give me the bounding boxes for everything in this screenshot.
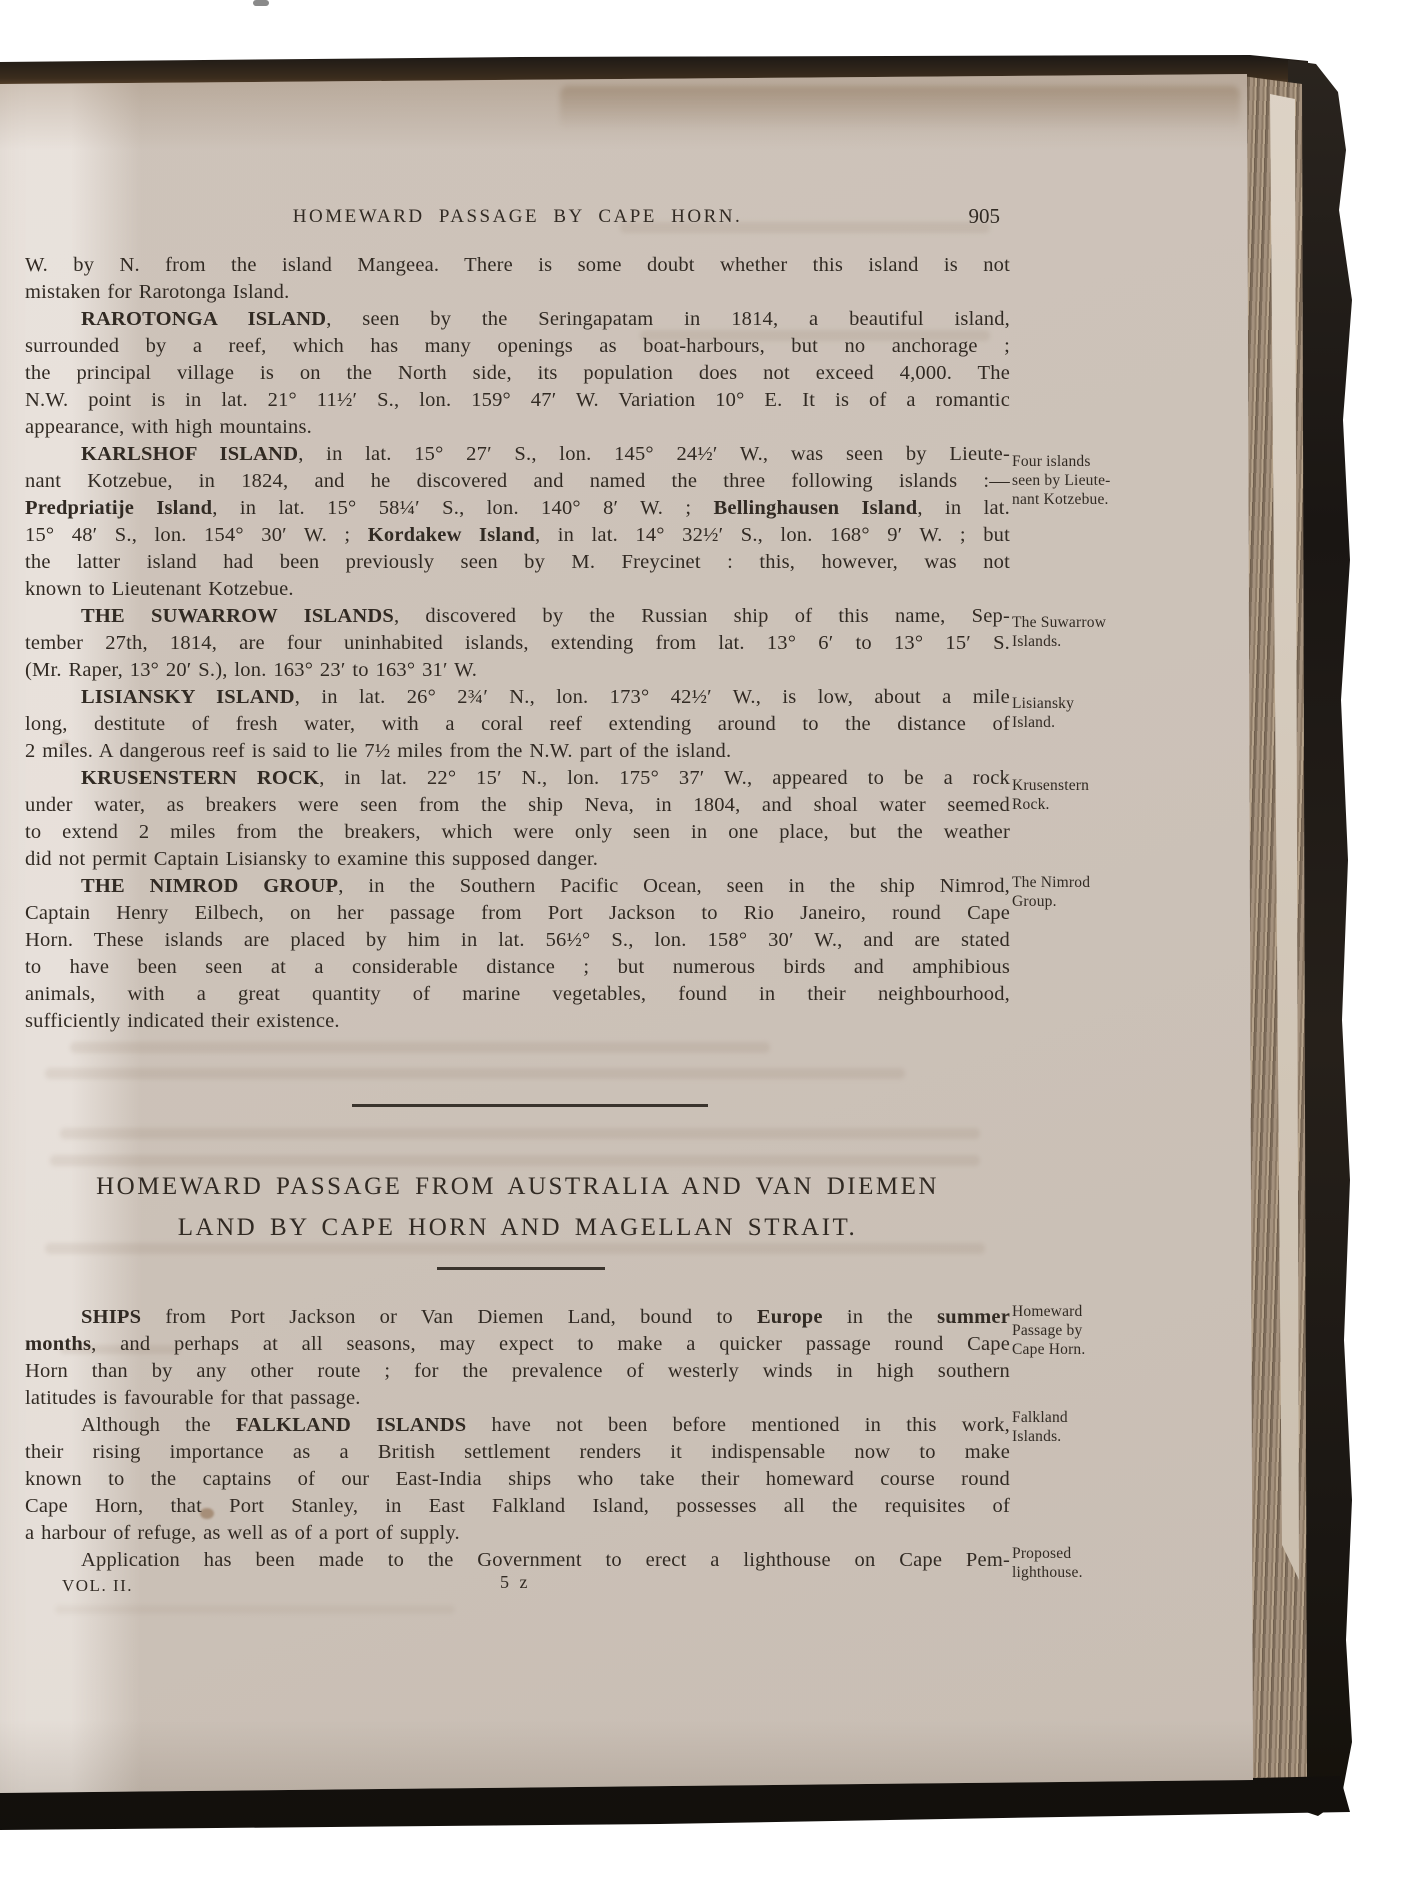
text-line: their rising importance as a British set… xyxy=(25,1439,1010,1466)
book-photo: HOMEWARD PASSAGE BY CAPE HORN. 905 W. by… xyxy=(0,0,1401,1890)
text-line: known to Lieutenant Kotzebue. xyxy=(25,576,1010,603)
section-divider-bottom xyxy=(437,1267,605,1270)
text-line: Predpriatije Island, in lat. 15° 58¼′ S.… xyxy=(25,495,1010,522)
text-line: Application has been made to the Governm… xyxy=(25,1547,1010,1574)
text-line: (Mr. Raper, 13° 20′ S.), lon. 163° 23′ t… xyxy=(25,657,1010,684)
text-line: did not permit Captain Lisiansky to exam… xyxy=(25,846,1010,873)
showthrough-smudge xyxy=(70,1042,770,1053)
section-heading-line2: LAND BY CAPE HORN AND MAGELLAN STRAIT. xyxy=(25,1207,1010,1248)
text-line: THE SUWARROW ISLANDS, discovered by the … xyxy=(25,603,1010,630)
section-divider-top xyxy=(352,1104,708,1107)
text-line: THE NIMROD GROUP, in the Southern Pacifi… xyxy=(25,873,1010,900)
text-line: sufficiently indicated their existence. xyxy=(25,1008,1010,1035)
text-line: Horn than by any other route ; for the p… xyxy=(25,1358,1010,1385)
text-line: appearance, with high mountains. xyxy=(25,414,1010,441)
text-line: long, destitute of fresh water, with a c… xyxy=(25,711,1010,738)
text-line: Cape Horn, that Port Stanley, in East Fa… xyxy=(25,1493,1010,1520)
text-line: tember 27th, 1814, are four uninhabited … xyxy=(25,630,1010,657)
text-line: W. by N. from the island Mangeea. There … xyxy=(25,252,1010,279)
text-line: LISIANSKY ISLAND, in lat. 26° 2¾′ N., lo… xyxy=(25,684,1010,711)
showthrough-smudge xyxy=(60,1128,980,1139)
text-line: KARLSHOF ISLAND, in lat. 15° 27′ S., lon… xyxy=(25,441,1010,468)
text-line: Horn. These islands are placed by him in… xyxy=(25,927,1010,954)
text-line: under water, as breakers were seen from … xyxy=(25,792,1010,819)
text-line: Captain Henry Eilbech, on her passage fr… xyxy=(25,900,1010,927)
text-line: 2 miles. A dangerous reef is said to lie… xyxy=(25,738,1010,765)
showthrough-smudge xyxy=(50,1155,980,1166)
page-number: 905 xyxy=(900,204,1000,229)
photo-dust-speck xyxy=(253,0,269,6)
showthrough-smudge xyxy=(55,1605,455,1614)
text-line: KRUSENSTERN ROCK, in lat. 22° 15′ N., lo… xyxy=(25,765,1010,792)
text-line: nant Kotzebue, in 1824, and he discovere… xyxy=(25,468,1010,495)
running-head: HOMEWARD PASSAGE BY CAPE HORN. xyxy=(25,206,1010,228)
text-line: animals, with a great quantity of marine… xyxy=(25,981,1010,1008)
text-line: latitudes is favourable for that passage… xyxy=(25,1385,1010,1412)
text-line: a harbour of refuge, as well as of a por… xyxy=(25,1520,1010,1547)
text-line: mistaken for Rarotonga Island. xyxy=(25,279,1010,306)
body-text-column: W. by N. from the island Mangeea. There … xyxy=(25,252,1010,1035)
text-line: RAROTONGA ISLAND, seen by the Seringapat… xyxy=(25,306,1010,333)
text-line: the principal village is on the North si… xyxy=(25,360,1010,387)
text-line: surrounded by a reef, which has many ope… xyxy=(25,333,1010,360)
text-line: months, and perhaps at all seasons, may … xyxy=(25,1331,1010,1358)
text-line: to have been seen at a considerable dist… xyxy=(25,954,1010,981)
text-line: the latter island had been previously se… xyxy=(25,549,1010,576)
showthrough-smudge xyxy=(45,1068,905,1079)
section-heading-line1: HOMEWARD PASSAGE FROM AUSTRALIA AND VAN … xyxy=(25,1166,1010,1207)
section-heading: HOMEWARD PASSAGE FROM AUSTRALIA AND VAN … xyxy=(25,1166,1010,1248)
stain xyxy=(560,86,1240,130)
text-line: SHIPS from Port Jackson or Van Diemen La… xyxy=(25,1304,1010,1331)
signature-mark: 5 z xyxy=(500,1572,531,1593)
text-line: 15° 48′ S., lon. 154° 30′ W. ; Kordakew … xyxy=(25,522,1010,549)
text-line: N.W. point is in lat. 21° 11½′ S., lon. … xyxy=(25,387,1010,414)
volume-label: VOL. II. xyxy=(62,1576,133,1596)
text-line: Although the FALKLAND ISLANDS have not b… xyxy=(25,1412,1010,1439)
text-line: known to the captains of our East-India … xyxy=(25,1466,1010,1493)
text-line: to extend 2 miles from the breakers, whi… xyxy=(25,819,1010,846)
lower-text-column: SHIPS from Port Jackson or Van Diemen La… xyxy=(25,1304,1010,1574)
